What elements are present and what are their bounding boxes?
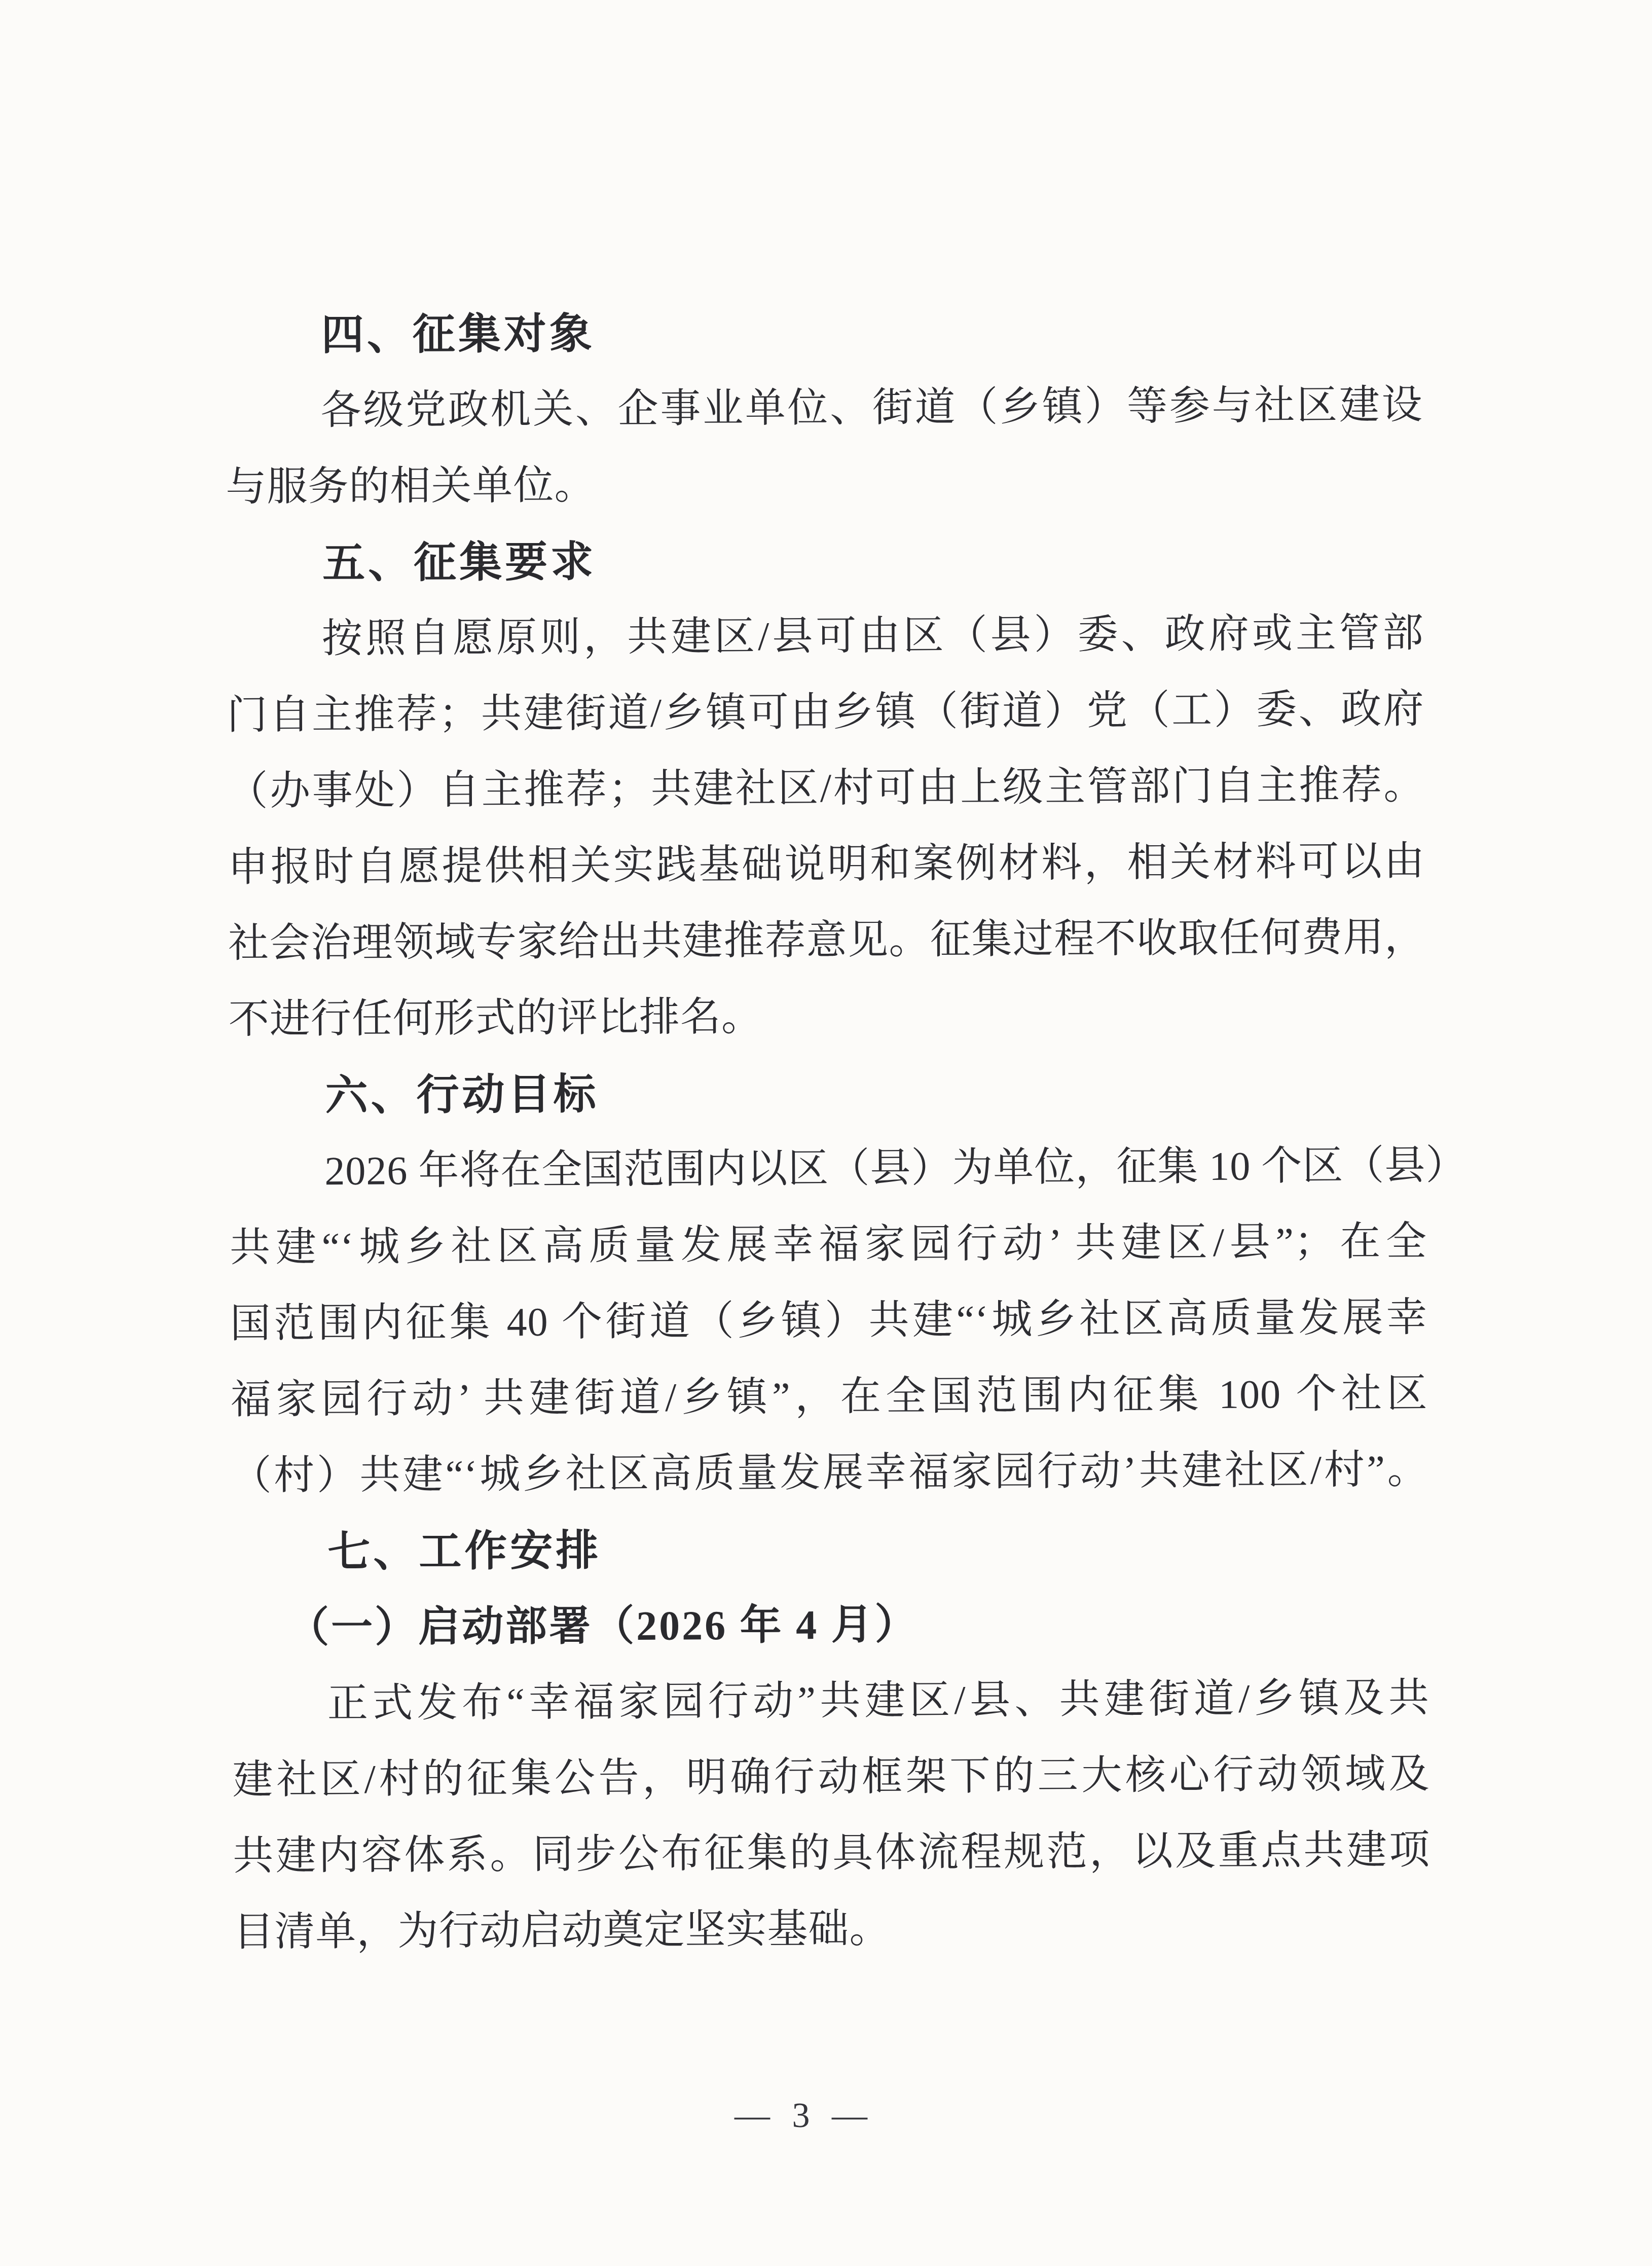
document-page: 四、征集对象 各级党政机关、企事业单位、街道（乡镇）等参与社区建设 与服务的相关…: [0, 0, 1652, 2266]
subsection-heading-1: （一）启动部署（2026 年 4 月）: [232, 1584, 1429, 1666]
paragraph-line: 正式发布“幸福家园行动”共建区/县、共建街道/乡镇及共: [232, 1660, 1430, 1742]
paragraph-line: 福家园行动’ 共建街道/乡镇”，在全国范围内征集 100 个社区: [230, 1356, 1428, 1438]
paragraph-line: 门自主推荐；共建街道/乡镇可由乡镇（街道）党（工）委、政府: [227, 671, 1424, 753]
section-heading-4: 四、征集对象: [225, 291, 1422, 373]
section-heading-6: 六、行动目标: [229, 1052, 1426, 1134]
paragraph-line: 共建内容体系。同步公布征集的具体流程规范，以及重点共建项: [233, 1812, 1430, 1894]
paragraph-line: 共建“‘城乡社区高质量发展幸福家园行动’ 共建区/县”；在全: [230, 1204, 1427, 1286]
paragraph-line: 社会治理领域专家给出共建推荐意见。征集过程不收取任何费用，: [228, 900, 1426, 982]
paragraph-line: 与服务的相关单位。: [226, 443, 1423, 525]
page-content: 四、征集对象 各级党政机关、企事业单位、街道（乡镇）等参与社区建设 与服务的相关…: [225, 291, 1430, 1970]
paragraph-line: 各级党政机关、企事业单位、街道（乡镇）等参与社区建设: [225, 367, 1423, 449]
paragraph-line: 国范围内征集 40 个街道（乡镇）共建“‘城乡社区高质量发展幸: [230, 1280, 1428, 1362]
paragraph-line: 建社区/村的征集公告，明确行动框架下的三大核心行动领域及: [232, 1736, 1430, 1818]
paragraph-line: 2026 年将在全国范围内以区（县）为单位，征集 10 个区（县）: [229, 1128, 1427, 1210]
paragraph-line: 不进行任何形式的评比排名。: [228, 976, 1426, 1058]
paragraph-line: 申报时自愿提供相关实践基础说明和案例材料，相关材料可以由: [228, 823, 1425, 906]
paragraph-line: 目清单，为行动启动奠定坚实基础。: [233, 1888, 1431, 1970]
section-heading-7: 七、工作安排: [231, 1508, 1429, 1590]
section-heading-5: 五、征集要求: [226, 519, 1424, 601]
paragraph-line: 按照自愿原则，共建区/县可由区（县）委、政府或主管部: [227, 595, 1424, 677]
paragraph-line: （村）共建“‘城乡社区高质量发展幸福家园行动’共建社区/村”。: [231, 1432, 1428, 1514]
page-number: — 3 —: [0, 2093, 1602, 2139]
paragraph-line: （办事处）自主推荐；共建社区/村可由上级主管部门自主推荐。: [227, 747, 1425, 830]
